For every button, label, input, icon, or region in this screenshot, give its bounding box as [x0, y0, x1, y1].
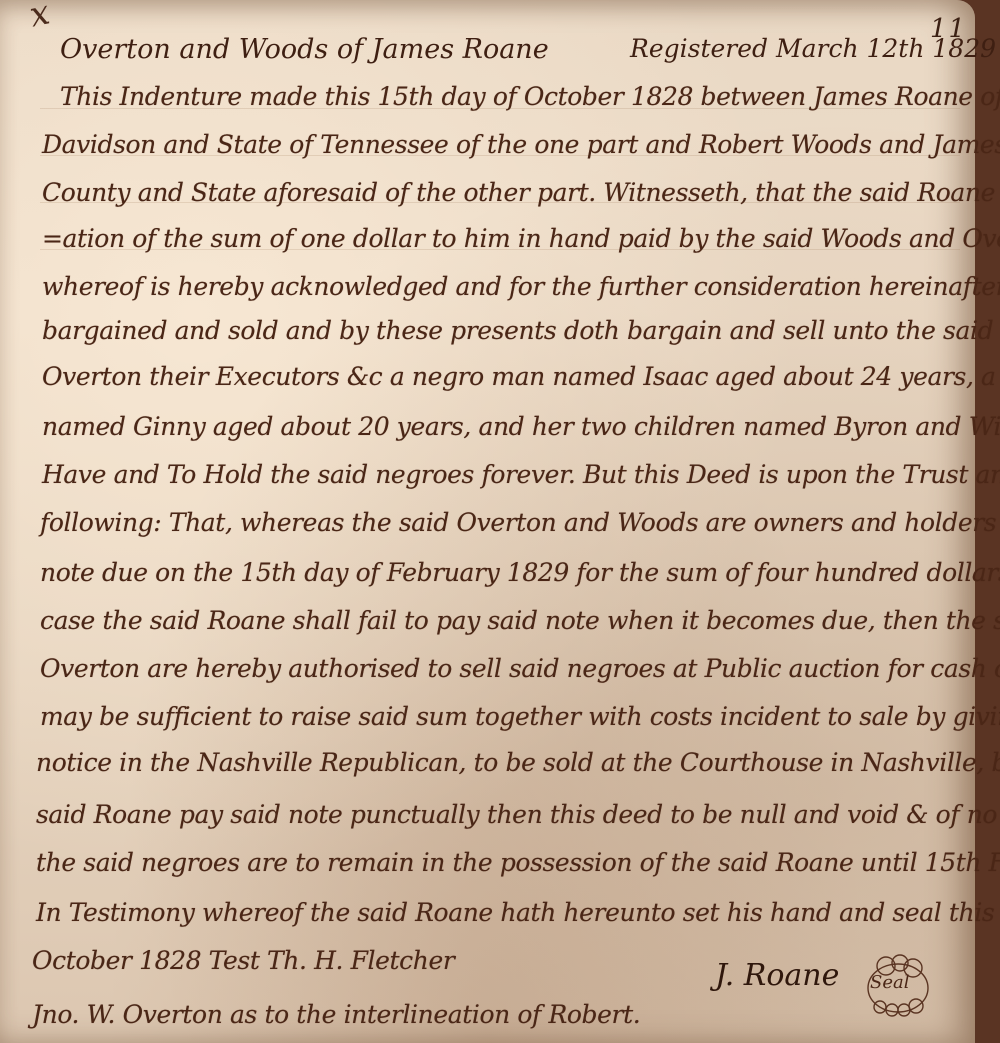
- deed-line: said Roane pay said note punctually then…: [36, 800, 970, 830]
- registration-date: Registered March 12th 1829: [630, 34, 996, 63]
- deed-line: whereof is hereby acknowledged and for t…: [42, 272, 954, 302]
- document-frame: x 11 Overton and Woods of James Roane Re…: [0, 0, 1000, 1043]
- deed-line: In Testimony whereof the said Roane hath…: [36, 898, 970, 928]
- deed-line: following: That, whereas the said Overto…: [40, 508, 968, 538]
- deed-line: may be sufficient to raise said sum toge…: [40, 702, 972, 732]
- deed-line-interlineation: Jno. W. Overton as to the interlineation…: [32, 1000, 962, 1030]
- signature: J. Roane: [715, 958, 839, 993]
- deed-line: the said negroes are to remain in the po…: [36, 848, 966, 878]
- corner-mark: x: [26, 0, 53, 36]
- deed-line: County and State aforesaid of the other …: [42, 178, 960, 208]
- deed-title: Overton and Woods of James Roane: [60, 34, 549, 65]
- deed-line: named Ginny aged about 20 years, and her…: [42, 412, 952, 442]
- deed-line: Overton are hereby authorised to sell sa…: [40, 654, 972, 684]
- deed-line: notice in the Nashville Republican, to b…: [36, 748, 970, 778]
- deed-line: This Indenture made this 15th day of Oct…: [60, 82, 960, 112]
- deed-line: Have and To Hold the said negroes foreve…: [42, 460, 960, 490]
- deed-line: Overton their Executors &c a negro man n…: [42, 362, 962, 392]
- seal-label: Seal: [870, 972, 909, 993]
- deed-line: =ation of the sum of one dollar to him i…: [42, 224, 954, 254]
- deed-line: Davidson and State of Tennessee of the o…: [42, 130, 960, 160]
- deed-heading: Overton and Woods of James Roane Registe…: [60, 34, 940, 74]
- deed-line: bargained and sold and by these presents…: [42, 316, 942, 346]
- manuscript-page: x 11 Overton and Woods of James Roane Re…: [0, 0, 975, 1043]
- deed-line: case the said Roane shall fail to pay sa…: [40, 606, 968, 636]
- deed-line: note due on the 15th day of February 182…: [40, 558, 970, 588]
- seal: Seal: [858, 952, 938, 1022]
